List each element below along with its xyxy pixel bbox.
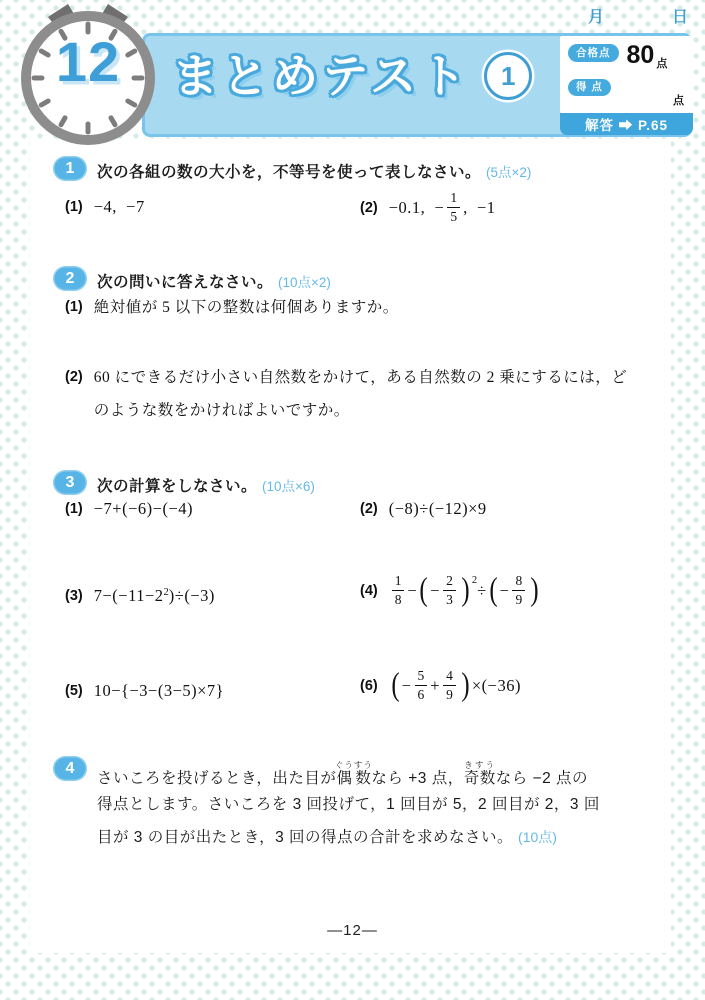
statement-text: 目が 3 の目が出たとき，3 回の得点の合計を求めなさい。 xyxy=(97,829,513,846)
ruby-reading: ぐうすう xyxy=(335,760,373,770)
answer-reference: 解答 ➡ P.65 xyxy=(560,113,693,135)
section-4-badge: 4 xyxy=(53,756,87,781)
section-1-heading-text: 次の各組の数の大小を，不等号を使って表しなさい。 xyxy=(97,164,481,181)
problem-3-5: (5) 10−{−3−(3−5)×7} xyxy=(65,681,224,701)
section-3-points: (10点×6) xyxy=(262,479,315,494)
section-1-points: (5点×2) xyxy=(486,165,531,180)
my-score-label: 得 点 xyxy=(568,79,611,97)
section-4-statement-line-1: さいころを投げるとき，出た目が偶数ぐうすうなら +3 点，奇数きすうなら −2 … xyxy=(97,760,662,790)
problem-2-2: (2) 60 にできるだけ小さい自然数をかけて，ある自然数の 2 乗にするには，… xyxy=(65,361,627,427)
problem-label: (1) xyxy=(65,291,83,324)
title-number-badge: 1 xyxy=(484,52,532,100)
ruby-base: 奇数 xyxy=(464,770,496,787)
my-score-row: 得 点 xyxy=(568,77,611,96)
score-box: 合格点 80 点 得 点 点 xyxy=(560,36,693,113)
problem-expression: −0.1, −15, −1 xyxy=(389,191,496,225)
problem-3-1: (1) −7+(−6)−(−4) xyxy=(65,499,193,519)
statement-text: なら +3 点， xyxy=(371,770,463,787)
section-2-heading: 次の問いに答えなさい。(10点×2) xyxy=(97,270,331,292)
problem-3-3: (3) 7−(−11−22)÷(−3) xyxy=(65,586,215,606)
section-4-statement-line-2: 得点とします。さいころを 3 回投げて，1 回目が 5，2 回目が 2，3 回 xyxy=(97,793,662,816)
pass-score-row: 合格点 80 点 xyxy=(568,44,667,71)
statement-text: なら −2 点の xyxy=(496,770,588,787)
section-3-heading: 次の計算をしなさい。(10点×6) xyxy=(97,474,315,496)
problem-expression: (−8)÷(−12)×9 xyxy=(389,499,487,519)
page-title-group: まとめテスト 1 xyxy=(172,52,532,100)
ruby-kisu: 奇数きすう xyxy=(464,770,496,787)
section-4-points: (10点) xyxy=(518,829,557,845)
problem-label: (3) xyxy=(65,588,83,604)
problem-label: (6) xyxy=(360,678,378,694)
section-3-badge: 3 xyxy=(53,470,87,495)
problem-1-2: (2) −0.1, −15, −1 xyxy=(360,191,496,225)
problem-2-1: (1) 絶対値が 5 以下の整数は何個ありますか。 xyxy=(65,291,399,324)
page-number: —12— xyxy=(0,922,705,939)
problem-expression: −7+(−6)−(−4) xyxy=(94,499,193,519)
section-1-badge: 1 xyxy=(53,156,87,181)
lesson-number: 12 xyxy=(48,34,128,90)
page-title: まとめテスト xyxy=(172,53,470,99)
section-4-statement-line-3: 目が 3 の目が出たとき，3 回の得点の合計を求めなさい。(10点) xyxy=(97,826,662,849)
problem-3-6: (6) (−56+49)×(−36) xyxy=(360,669,521,703)
pass-score-value: 80 xyxy=(627,44,655,68)
problem-text-line: のような数をかければよいですか。 xyxy=(94,394,628,427)
date-month-label: 月 xyxy=(588,4,604,27)
date-fields: 月 日 xyxy=(588,4,688,27)
pass-score-unit: 点 xyxy=(656,55,667,71)
worksheet-page: 12 まとめテスト 1 月 日 合格点 80 点 得 点 点 解答 ➡ P.65… xyxy=(0,0,705,1000)
problem-label: (2) xyxy=(65,361,83,394)
problem-3-2: (2) (−8)÷(−12)×9 xyxy=(360,499,487,519)
pass-score-label: 合格点 xyxy=(568,44,619,62)
problem-text: 60 にできるだけ小さい自然数をかけて，ある自然数の 2 乗にするには，ど のよ… xyxy=(94,361,628,427)
section-2-points: (10点×2) xyxy=(278,275,331,290)
problem-expression: 7−(−11−22)÷(−3) xyxy=(94,586,215,606)
problem-label: (5) xyxy=(65,683,83,699)
ruby-gusu: 偶数ぐうすう xyxy=(336,770,371,787)
problem-expression: 18−(−23)2÷(−89) xyxy=(389,574,542,608)
problem-label: (1) xyxy=(65,501,83,517)
section-1-heading: 次の各組の数の大小を，不等号を使って表しなさい。(5点×2) xyxy=(97,160,531,182)
problem-text-line: 絶対値が 5 以下の整数は何個ありますか。 xyxy=(94,291,399,324)
problem-1-1: (1) −4, −7 xyxy=(65,197,145,217)
problem-3-4: (4) 18−(−23)2÷(−89) xyxy=(360,574,541,608)
statement-text: さいころを投げるとき，出た目が xyxy=(97,770,336,787)
section-2-heading-text: 次の問いに答えなさい。 xyxy=(97,274,273,291)
section-3-heading-text: 次の計算をしなさい。 xyxy=(97,478,257,495)
problem-expression: 10−{−3−(3−5)×7} xyxy=(94,681,224,701)
date-day-label: 日 xyxy=(672,4,688,27)
problem-text: 絶対値が 5 以下の整数は何個ありますか。 xyxy=(94,291,399,324)
problem-text-line: 60 にできるだけ小さい自然数をかけて，ある自然数の 2 乗にするには，ど xyxy=(94,361,628,394)
ruby-reading: きすう xyxy=(464,760,496,770)
ruby-base: 偶数 xyxy=(335,770,373,787)
problem-label: (1) xyxy=(65,199,83,215)
problem-expression: (−56+49)×(−36) xyxy=(389,669,521,703)
problem-label: (2) xyxy=(360,200,378,216)
section-2-badge: 2 xyxy=(53,266,87,291)
problem-expression: −4, −7 xyxy=(94,197,145,217)
problem-label: (2) xyxy=(360,501,378,517)
problem-label: (4) xyxy=(360,583,378,599)
my-score-unit: 点 xyxy=(673,92,684,108)
